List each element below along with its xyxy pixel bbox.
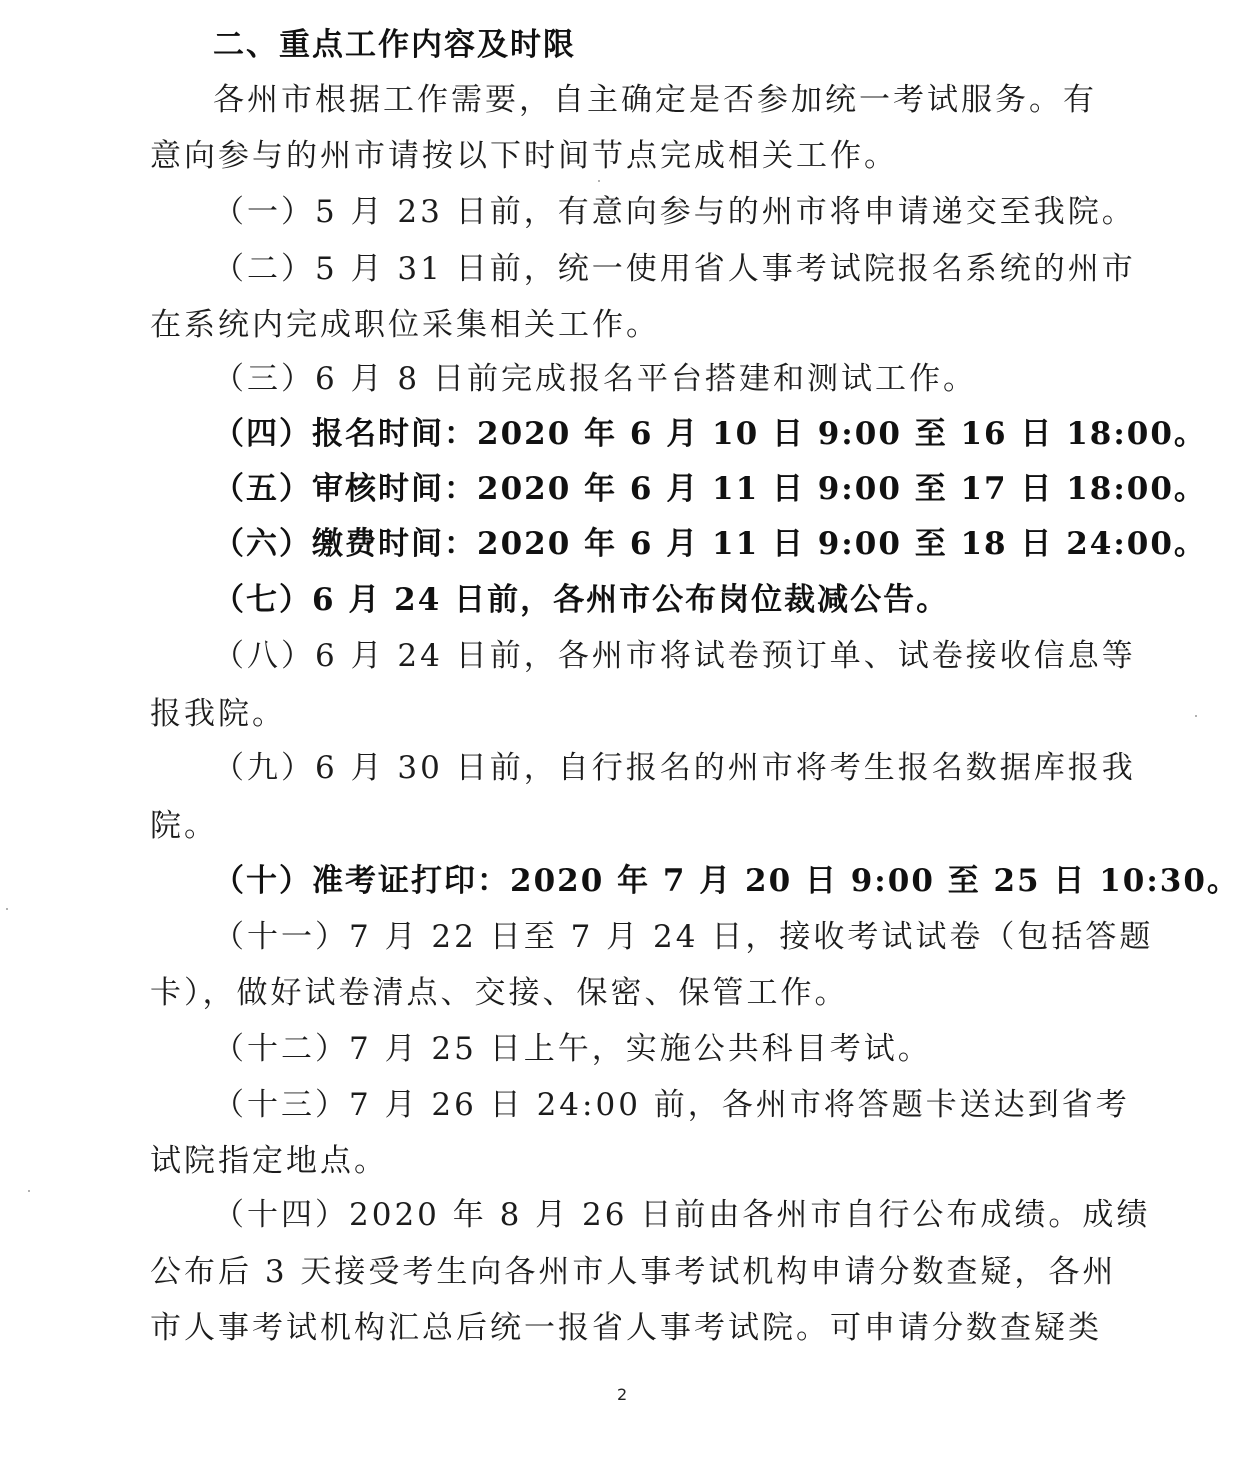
item-1-line-1: （一）5 月 23 日前，有意向参与的州市将申请递交至我院。 [213,192,1136,232]
intro-line-2: 意向参与的州市请按以下时间节点完成相关工作。 [150,136,898,176]
item-7-line-1: （七）6 月 24 日前，各州市公布岗位裁减公告。 [213,580,949,620]
item-2-line-1: （二）5 月 31 日前，统一使用省人事考试院报名系统的州市 [213,249,1136,289]
item-14-line-2: 公布后 3 天接受考生向各州市人事考试机构申请分数查疑，各州 [150,1252,1116,1292]
item-10-admission-ticket-print: （十）准考证打印：2020 年 7 月 20 日 9:00 至 25 日 10:… [213,861,1240,901]
intro-line-1: 各州市根据工作需要，自主确定是否参加统一考试服务。有 [213,80,1097,120]
item-3-line-1: （三）6 月 8 日前完成报名平台搭建和测试工作。 [213,359,977,399]
scan-speck [598,180,600,182]
item-13-line-1: （十三）7 月 26 日 24:00 前，各州市将答题卡送达到省考 [213,1085,1130,1125]
item-14-line-3: 市人事考试机构汇总后统一报省人事考试院。可申请分数查疑类 [150,1308,1102,1348]
item-13-line-2: 试院指定地点。 [150,1141,388,1181]
item-2-line-2: 在系统内完成职位采集相关工作。 [150,305,660,345]
item-14-line-1: （十四）2020 年 8 月 26 日前由各州市自行公布成绩。成绩 [213,1195,1150,1235]
item-6-payment-time: （六）缴费时间：2020 年 6 月 11 日 9:00 至 18 日 24:0… [213,524,1207,564]
item-11-line-1: （十一）7 月 22 日至 7 月 24 日，接收考试试卷（包括答题 [213,917,1153,957]
item-8-line-2: 报我院。 [150,694,286,734]
item-8-line-1: （八）6 月 24 日前，各州市将试卷预订单、试卷接收信息等 [213,636,1136,676]
scan-speck [6,908,8,910]
scan-speck [1195,715,1197,717]
item-5-review-time: （五）审核时间：2020 年 6 月 11 日 9:00 至 17 日 18:0… [213,469,1207,509]
section-heading: 二、重点工作内容及时限 [213,25,576,65]
page-number: 2 [617,1385,627,1404]
document-page: 二、重点工作内容及时限 各州市根据工作需要，自主确定是否参加统一考试服务。有 意… [0,0,1245,1475]
item-9-line-2: 院。 [150,806,218,846]
scan-speck [28,1190,30,1192]
item-9-line-1: （九）6 月 30 日前，自行报名的州市将考生报名数据库报我 [213,748,1136,788]
item-12-line-1: （十二）7 月 25 日上午，实施公共科目考试。 [213,1029,932,1069]
item-4-registration-time: （四）报名时间：2020 年 6 月 10 日 9:00 至 16 日 18:0… [213,414,1207,454]
item-11-line-2: 卡），做好试卷清点、交接、保密、保管工作。 [150,973,849,1013]
